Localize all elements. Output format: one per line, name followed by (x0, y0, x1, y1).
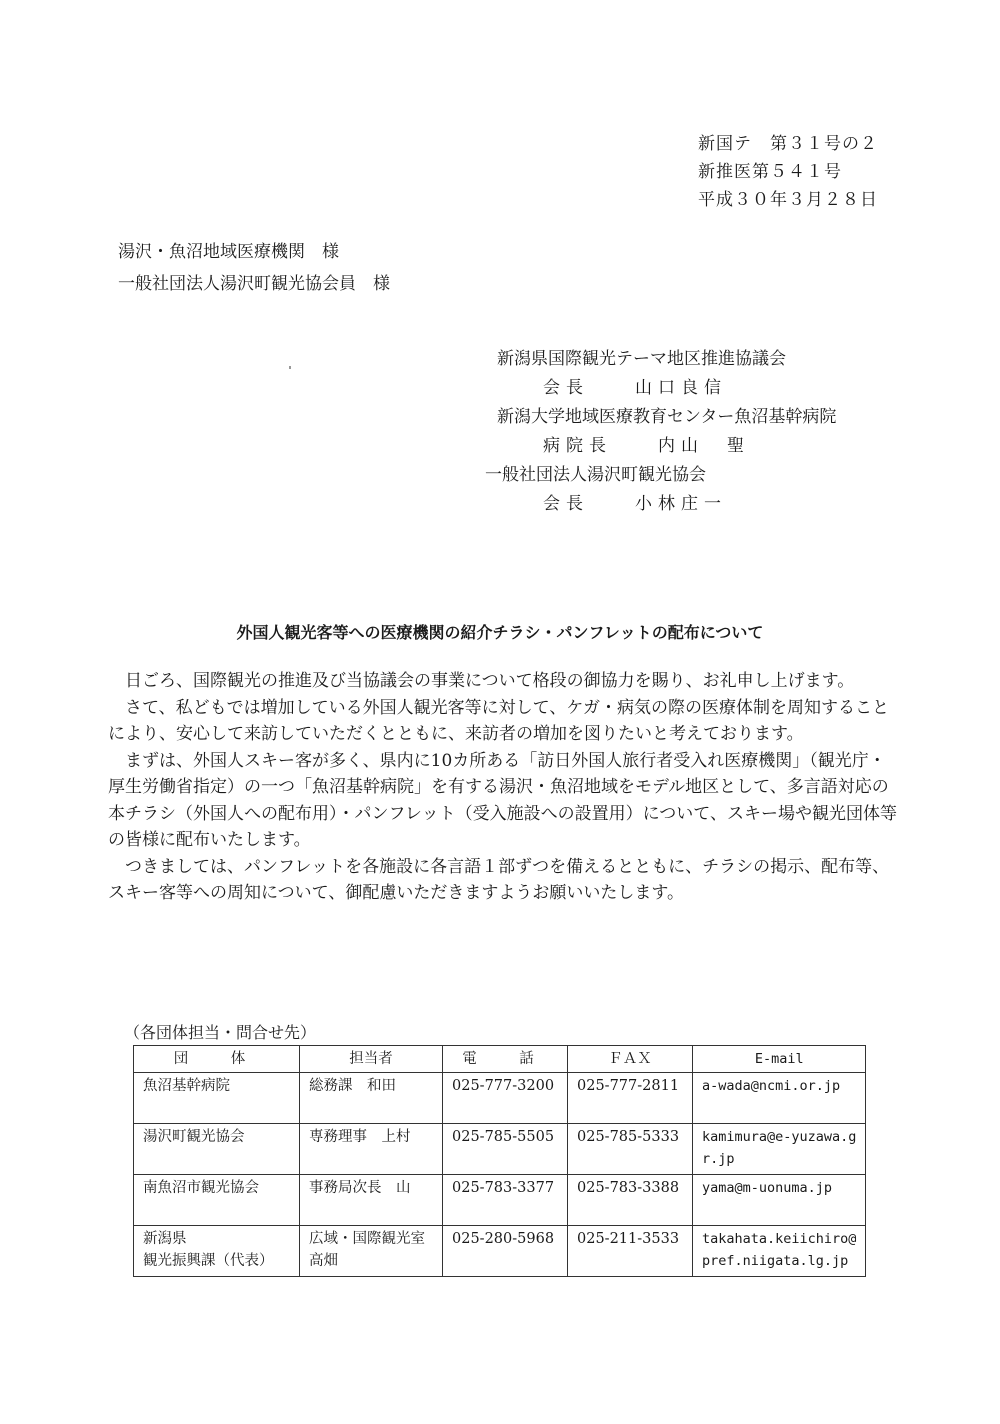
cell-organization: 魚沼基幹病院 (134, 1073, 300, 1124)
table-row: 魚沼基幹病院 総務課 和田 025-777-3200 025-777-2811 … (134, 1073, 866, 1124)
cell-contact-person: 総務課 和田 (300, 1073, 443, 1124)
addressee-2: 一般社団法人湯沢町観光協会員 様 (118, 268, 390, 300)
document-date: 平成３０年３月２８日 (698, 186, 878, 214)
contacts-table: 団 体 担当者 電 話 ＦＡＸ E-mail 魚沼基幹病院 総務課 和田 025… (133, 1045, 866, 1277)
header-organization: 団 体 (134, 1046, 300, 1073)
cell-fax: 025-777-2811 (568, 1073, 693, 1124)
reference-number-2: 新推医第５４１号 (698, 158, 878, 186)
sender-person-3: 会長 小林庄一 (497, 490, 836, 519)
scan-speck (289, 366, 291, 369)
cell-contact-person: 広域・国際観光室高畑 (300, 1226, 443, 1277)
cell-fax: 025-211-3533 (568, 1226, 693, 1277)
cell-phone: 025-785-5505 (443, 1124, 568, 1175)
sender-org-2: 新潟大学地域医療教育センター魚沼基幹病院 (497, 403, 836, 432)
sender-title: 会長 (543, 494, 589, 514)
cell-email[interactable]: kamimura@e-yuzawa.gr.jp (693, 1124, 866, 1175)
sender-name: 小林庄一 (635, 494, 727, 514)
table-row: 新潟県観光振興課（代表） 広域・国際観光室高畑 025-280-5968 025… (134, 1226, 866, 1277)
document-body: 日ごろ、国際観光の推進及び当協議会の事業について格段の御協力を賜り、お礼申し上げ… (108, 668, 898, 907)
sender-title: 病院長 (543, 436, 612, 456)
header-contact-person: 担当者 (300, 1046, 443, 1073)
document-subject: 外国人観光客等への医療機関の紹介チラシ・パンフレットの配布について (0, 620, 1000, 643)
sender-block: 新潟県国際観光テーマ地区推進協議会 会長 山口良信 新潟大学地域医療教育センター… (497, 345, 836, 519)
body-paragraph: まずは、外国人スキー客が多く、県内に10カ所ある「訪日外国人旅行者受入れ医療機関… (108, 748, 898, 854)
cell-phone: 025-777-3200 (443, 1073, 568, 1124)
body-paragraph: 日ごろ、国際観光の推進及び当協議会の事業について格段の御協力を賜り、お礼申し上げ… (108, 668, 898, 695)
cell-phone: 025-783-3377 (443, 1175, 568, 1226)
cell-email[interactable]: yama@m-uonuma.jp (693, 1175, 866, 1226)
sender-title: 会長 (543, 378, 589, 398)
contacts-caption: （各団体担当・問合せ先） (124, 1020, 316, 1043)
body-paragraph: つきましては、パンフレットを各施設に各言語１部ずつを備えるとともに、チラシの掲示… (108, 854, 898, 907)
table-row: 南魚沼市観光協会 事務局次長 山 025-783-3377 025-783-33… (134, 1175, 866, 1226)
cell-fax: 025-785-5333 (568, 1124, 693, 1175)
cell-contact-person: 専務理事 上村 (300, 1124, 443, 1175)
cell-phone: 025-280-5968 (443, 1226, 568, 1277)
table-header-row: 団 体 担当者 電 話 ＦＡＸ E-mail (134, 1046, 866, 1073)
sender-org-3: 一般社団法人湯沢町観光協会 (485, 461, 836, 490)
cell-fax: 025-783-3388 (568, 1175, 693, 1226)
header-email: E-mail (693, 1046, 866, 1073)
table-row: 湯沢町観光協会 専務理事 上村 025-785-5505 025-785-533… (134, 1124, 866, 1175)
addressee-block: 湯沢・魚沼地域医療機関 様 一般社団法人湯沢町観光協会員 様 (118, 236, 390, 300)
cell-organization: 新潟県観光振興課（代表） (134, 1226, 300, 1277)
cell-email[interactable]: takahata.keiichiro@pref.niigata.lg.jp (693, 1226, 866, 1277)
cell-organization: 南魚沼市観光協会 (134, 1175, 300, 1226)
body-paragraph: さて、私どもでは増加している外国人観光客等に対して、ケガ・病気の際の医療体制を周… (108, 695, 898, 748)
cell-contact-person: 事務局次長 山 (300, 1175, 443, 1226)
reference-number-1: 新国テ 第３１号の２ (698, 130, 878, 158)
document-reference-block: 新国テ 第３１号の２ 新推医第５４１号 平成３０年３月２８日 (698, 130, 878, 214)
sender-name: 山口良信 (635, 378, 727, 398)
cell-organization: 湯沢町観光協会 (134, 1124, 300, 1175)
header-phone: 電 話 (443, 1046, 568, 1073)
sender-name: 内山 聖 (658, 436, 750, 456)
sender-person-2: 病院長 内山 聖 (497, 432, 836, 461)
sender-person-1: 会長 山口良信 (497, 374, 836, 403)
addressee-1: 湯沢・魚沼地域医療機関 様 (118, 236, 390, 268)
header-fax: ＦＡＸ (568, 1046, 693, 1073)
sender-org-1: 新潟県国際観光テーマ地区推進協議会 (497, 345, 836, 374)
cell-email[interactable]: a-wada@ncmi.or.jp (693, 1073, 866, 1124)
